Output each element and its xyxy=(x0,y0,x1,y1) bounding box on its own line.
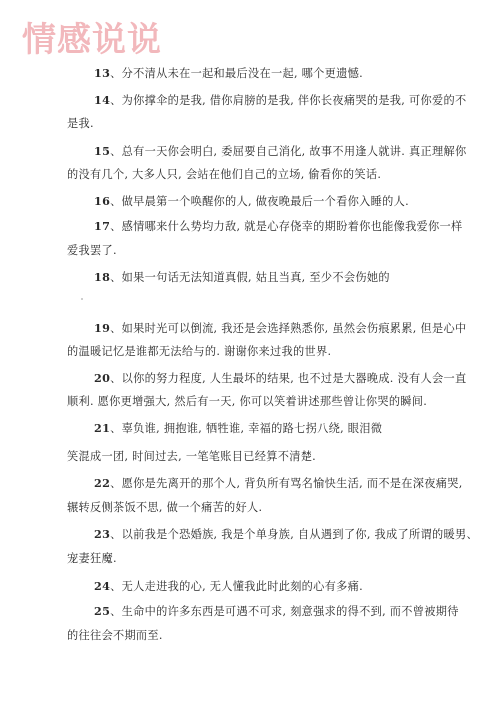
quote-text: 的没有几个, 大多人只, 会站在他们自己的立场, 偷看你的笑话. xyxy=(67,168,381,181)
quote-text: 、为你撑伞的是我, 借你肩膀的是我, 伴你长夜痛哭的是我, 可你爱的不 xyxy=(110,94,466,107)
quote-text: 宠妻狂魔. xyxy=(67,552,117,565)
quote-line-start: 15、总有一天你会明白, 委屈要自己消化, 故事不用逢人就讲. 真正理解你 xyxy=(94,143,466,160)
quote-line-start: 16、做早晨第一个唤醒你的人, 做夜晚最后一个看你入睡的人. xyxy=(94,193,409,210)
quote-line-start: 17、感情哪来什么势均力敌, 就是心存侥幸的期盼着你也能像我爱你一样 xyxy=(94,218,463,235)
quote-number: 23 xyxy=(94,527,110,541)
quote-text: 、无人走进我的心, 无人懂我此时此刻的心有多痛. xyxy=(110,580,363,593)
quote-line-continuation: 的温暖记忆是谁都无法给与的. 谢谢你来过我的世界. xyxy=(67,344,331,360)
quote-number: 20 xyxy=(94,371,110,385)
quote-line-start: 22、愿你是先离开的那个人, 背负所有骂名愉快生活, 而不是在深夜痛哭, xyxy=(94,475,463,492)
quote-text: 辗转反侧茶饭不思, 做一个痛苦的好人. xyxy=(67,501,262,514)
quote-line-continuation: 辗转反侧茶饭不思, 做一个痛苦的好人. xyxy=(67,500,262,516)
quote-line-start: 25、生命中的许多东西是可遇不可求, 刻意强求的得不到, 而不曾被期待 xyxy=(94,603,459,620)
quote-text: 笑混成一团, 时间过去, 一笔笔账目已经算不清楚. xyxy=(67,450,316,463)
quote-text: 、辜负谁, 拥抱谁, 牺牲谁, 幸福的路七拐八绕, 眼泪微 xyxy=(110,422,382,435)
quote-text: 顺利. 愿你更增强大, 然后有一天, 你可以笑着讲述那些曾让你哭的瞬间. xyxy=(67,395,427,408)
quote-number: 18 xyxy=(94,270,110,284)
quote-text: 、愿你是先离开的那个人, 背负所有骂名愉快生活, 而不是在深夜痛哭, xyxy=(110,477,462,490)
quote-text: 爱我罢了. xyxy=(67,244,117,257)
quote-number: 22 xyxy=(94,476,110,490)
scan-speck xyxy=(81,298,83,300)
quote-text: 、如果一句话无法知道真假, 姑且当真, 至少不会伤她的 xyxy=(110,271,390,284)
quote-text: 、分不清从未在一起和最后没在一起, 哪个更遗憾. xyxy=(110,67,363,80)
quote-number: 19 xyxy=(94,321,110,335)
quote-line-start: 18、如果一句话无法知道真假, 姑且当真, 至少不会伤她的 xyxy=(94,269,390,286)
watermark-logo: 情感说说 xyxy=(22,20,162,60)
quote-text: 是我. xyxy=(67,117,94,130)
quote-line-start: 21、辜负谁, 拥抱谁, 牺牲谁, 幸福的路七拐八绕, 眼泪微 xyxy=(94,420,382,437)
quote-number: 15 xyxy=(94,144,110,158)
quote-line-continuation: 的没有几个, 大多人只, 会站在他们自己的立场, 偷看你的笑话. xyxy=(67,167,381,183)
quote-line-start: 20、以你的努力程度, 人生最坏的结果, 也不过是大器晚成. 没有人会一直 xyxy=(94,370,466,387)
quote-line-start: 13、分不清从未在一起和最后没在一起, 哪个更遗憾. xyxy=(94,65,363,82)
quote-number: 16 xyxy=(94,194,110,208)
quote-text: 、如果时光可以倒流, 我还是会选择熟悉你, 虽然会伤痕累累, 但是心中 xyxy=(110,322,466,335)
quote-line-start: 19、如果时光可以倒流, 我还是会选择熟悉你, 虽然会伤痕累累, 但是心中 xyxy=(94,320,466,337)
quote-number: 25 xyxy=(94,604,110,618)
quote-line-continuation: 顺利. 愿你更增强大, 然后有一天, 你可以笑着讲述那些曾让你哭的瞬间. xyxy=(67,394,427,410)
quote-text: 的往往会不期而至. xyxy=(67,629,163,642)
quote-text: 、感情哪来什么势均力敌, 就是心存侥幸的期盼着你也能像我爱你一样 xyxy=(110,220,462,233)
quote-text: 、总有一天你会明白, 委屈要自己消化, 故事不用逢人就讲. 真正理解你 xyxy=(110,145,466,158)
quote-text: 、以前我是个恐婚族, 我是个单身族, 自从遇到了你, 我成了所谓的暖男、 xyxy=(110,528,478,541)
quote-line-continuation: 笑混成一团, 时间过去, 一笔笔账目已经算不清楚. xyxy=(67,449,316,465)
quote-line-continuation: 爱我罢了. xyxy=(67,243,117,259)
quote-line-start: 23、以前我是个恐婚族, 我是个单身族, 自从遇到了你, 我成了所谓的暖男、 xyxy=(94,526,478,543)
quote-line-continuation: 的往往会不期而至. xyxy=(67,628,163,644)
quote-line-start: 24、无人走进我的心, 无人懂我此时此刻的心有多痛. xyxy=(94,578,363,595)
quote-text: 、生命中的许多东西是可遇不可求, 刻意强求的得不到, 而不曾被期待 xyxy=(110,605,459,618)
quote-number: 17 xyxy=(94,219,110,233)
quote-text: 、做早晨第一个唤醒你的人, 做夜晚最后一个看你入睡的人. xyxy=(110,195,409,208)
quote-number: 13 xyxy=(94,66,110,80)
quote-text: 、以你的努力程度, 人生最坏的结果, 也不过是大器晚成. 没有人会一直 xyxy=(110,372,466,385)
quote-number: 24 xyxy=(94,579,110,593)
quote-number: 21 xyxy=(94,421,110,435)
quote-line-continuation: 是我. xyxy=(67,116,94,132)
quote-line-start: 14、为你撑伞的是我, 借你肩膀的是我, 伴你长夜痛哭的是我, 可你爱的不 xyxy=(94,92,466,109)
quote-number: 14 xyxy=(94,93,110,107)
quote-text: 的温暖记忆是谁都无法给与的. 谢谢你来过我的世界. xyxy=(67,345,331,358)
quote-line-continuation: 宠妻狂魔. xyxy=(67,551,117,567)
